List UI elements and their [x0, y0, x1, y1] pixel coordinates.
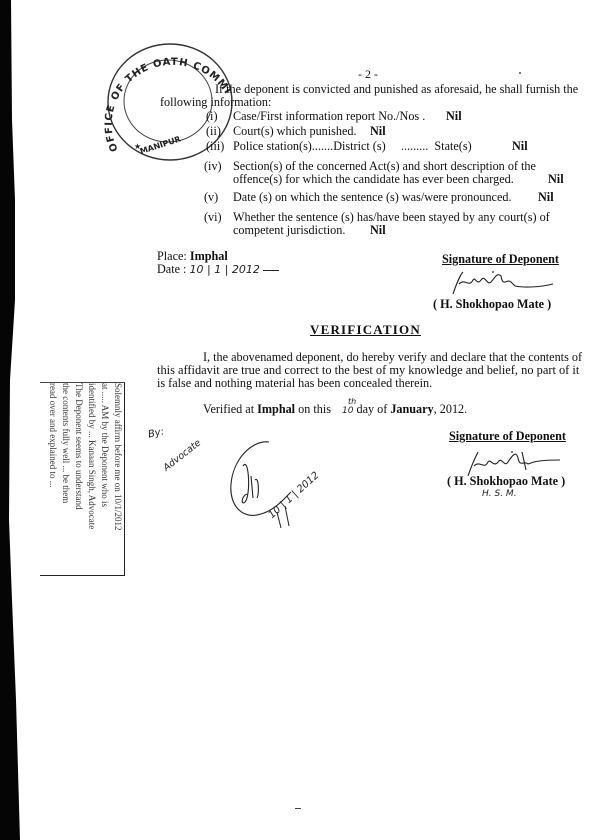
value-nil: Nil: [370, 224, 386, 237]
verification-para-line3: is false and nothing material has been c…: [157, 377, 432, 390]
handwritten-initials: H. S. M.: [482, 489, 517, 499]
seal-bottom-text: MANIPUR: [139, 134, 182, 156]
signature-heading-1: Signature of Deponent: [442, 253, 559, 266]
verified-line: Verified at Imphal on this 10th day ofJa…: [203, 403, 467, 418]
identifier-by-label: By:: [147, 426, 165, 440]
identifier-role: Advocate: [161, 437, 203, 473]
value-nil: Nil: [370, 125, 386, 138]
page-number: - 2 -: [358, 67, 378, 82]
handwritten-day: 10th: [342, 406, 353, 416]
affirmation-stamp-text: Solemnly affirm before me on 10/1/2012 a…: [46, 383, 124, 575]
affirmation-stamp: Solemnly affirm before me on 10/1/2012 a…: [40, 382, 125, 576]
place-value: Imphal: [190, 249, 228, 263]
value-nil: Nil: [548, 173, 564, 186]
deponent-name-1: ( H. Shokhopao Mate ): [433, 298, 551, 311]
scan-edge-shadow: [0, 0, 30, 840]
signature-heading-2: Signature of Deponent: [449, 430, 566, 443]
value-nil: Nil: [538, 191, 554, 204]
info-item-vi: (vi) Whether the sentence (s) has/have b…: [204, 211, 584, 239]
verification-heading: VERIFICATION: [310, 322, 421, 338]
value-nil: Nil: [446, 110, 462, 123]
handwritten-date: 10 | 1 | 2012: [190, 263, 260, 276]
declaration-intro-line2: following information:: [160, 96, 271, 109]
svg-text:★: ★: [134, 142, 141, 151]
value-nil: Nil: [512, 140, 528, 153]
deponent-signature-1: [445, 268, 555, 298]
scan-speck: [519, 72, 521, 74]
date-line: Date : 10 | 1 | 2012: [157, 263, 279, 276]
deponent-name-2: ( H. Shokhopao Mate ): [447, 475, 565, 488]
scan-speck: [295, 808, 301, 809]
info-item-iv: (iv) Section(s) of the concerned Act(s) …: [204, 160, 584, 188]
advocate-signature: [215, 436, 345, 536]
